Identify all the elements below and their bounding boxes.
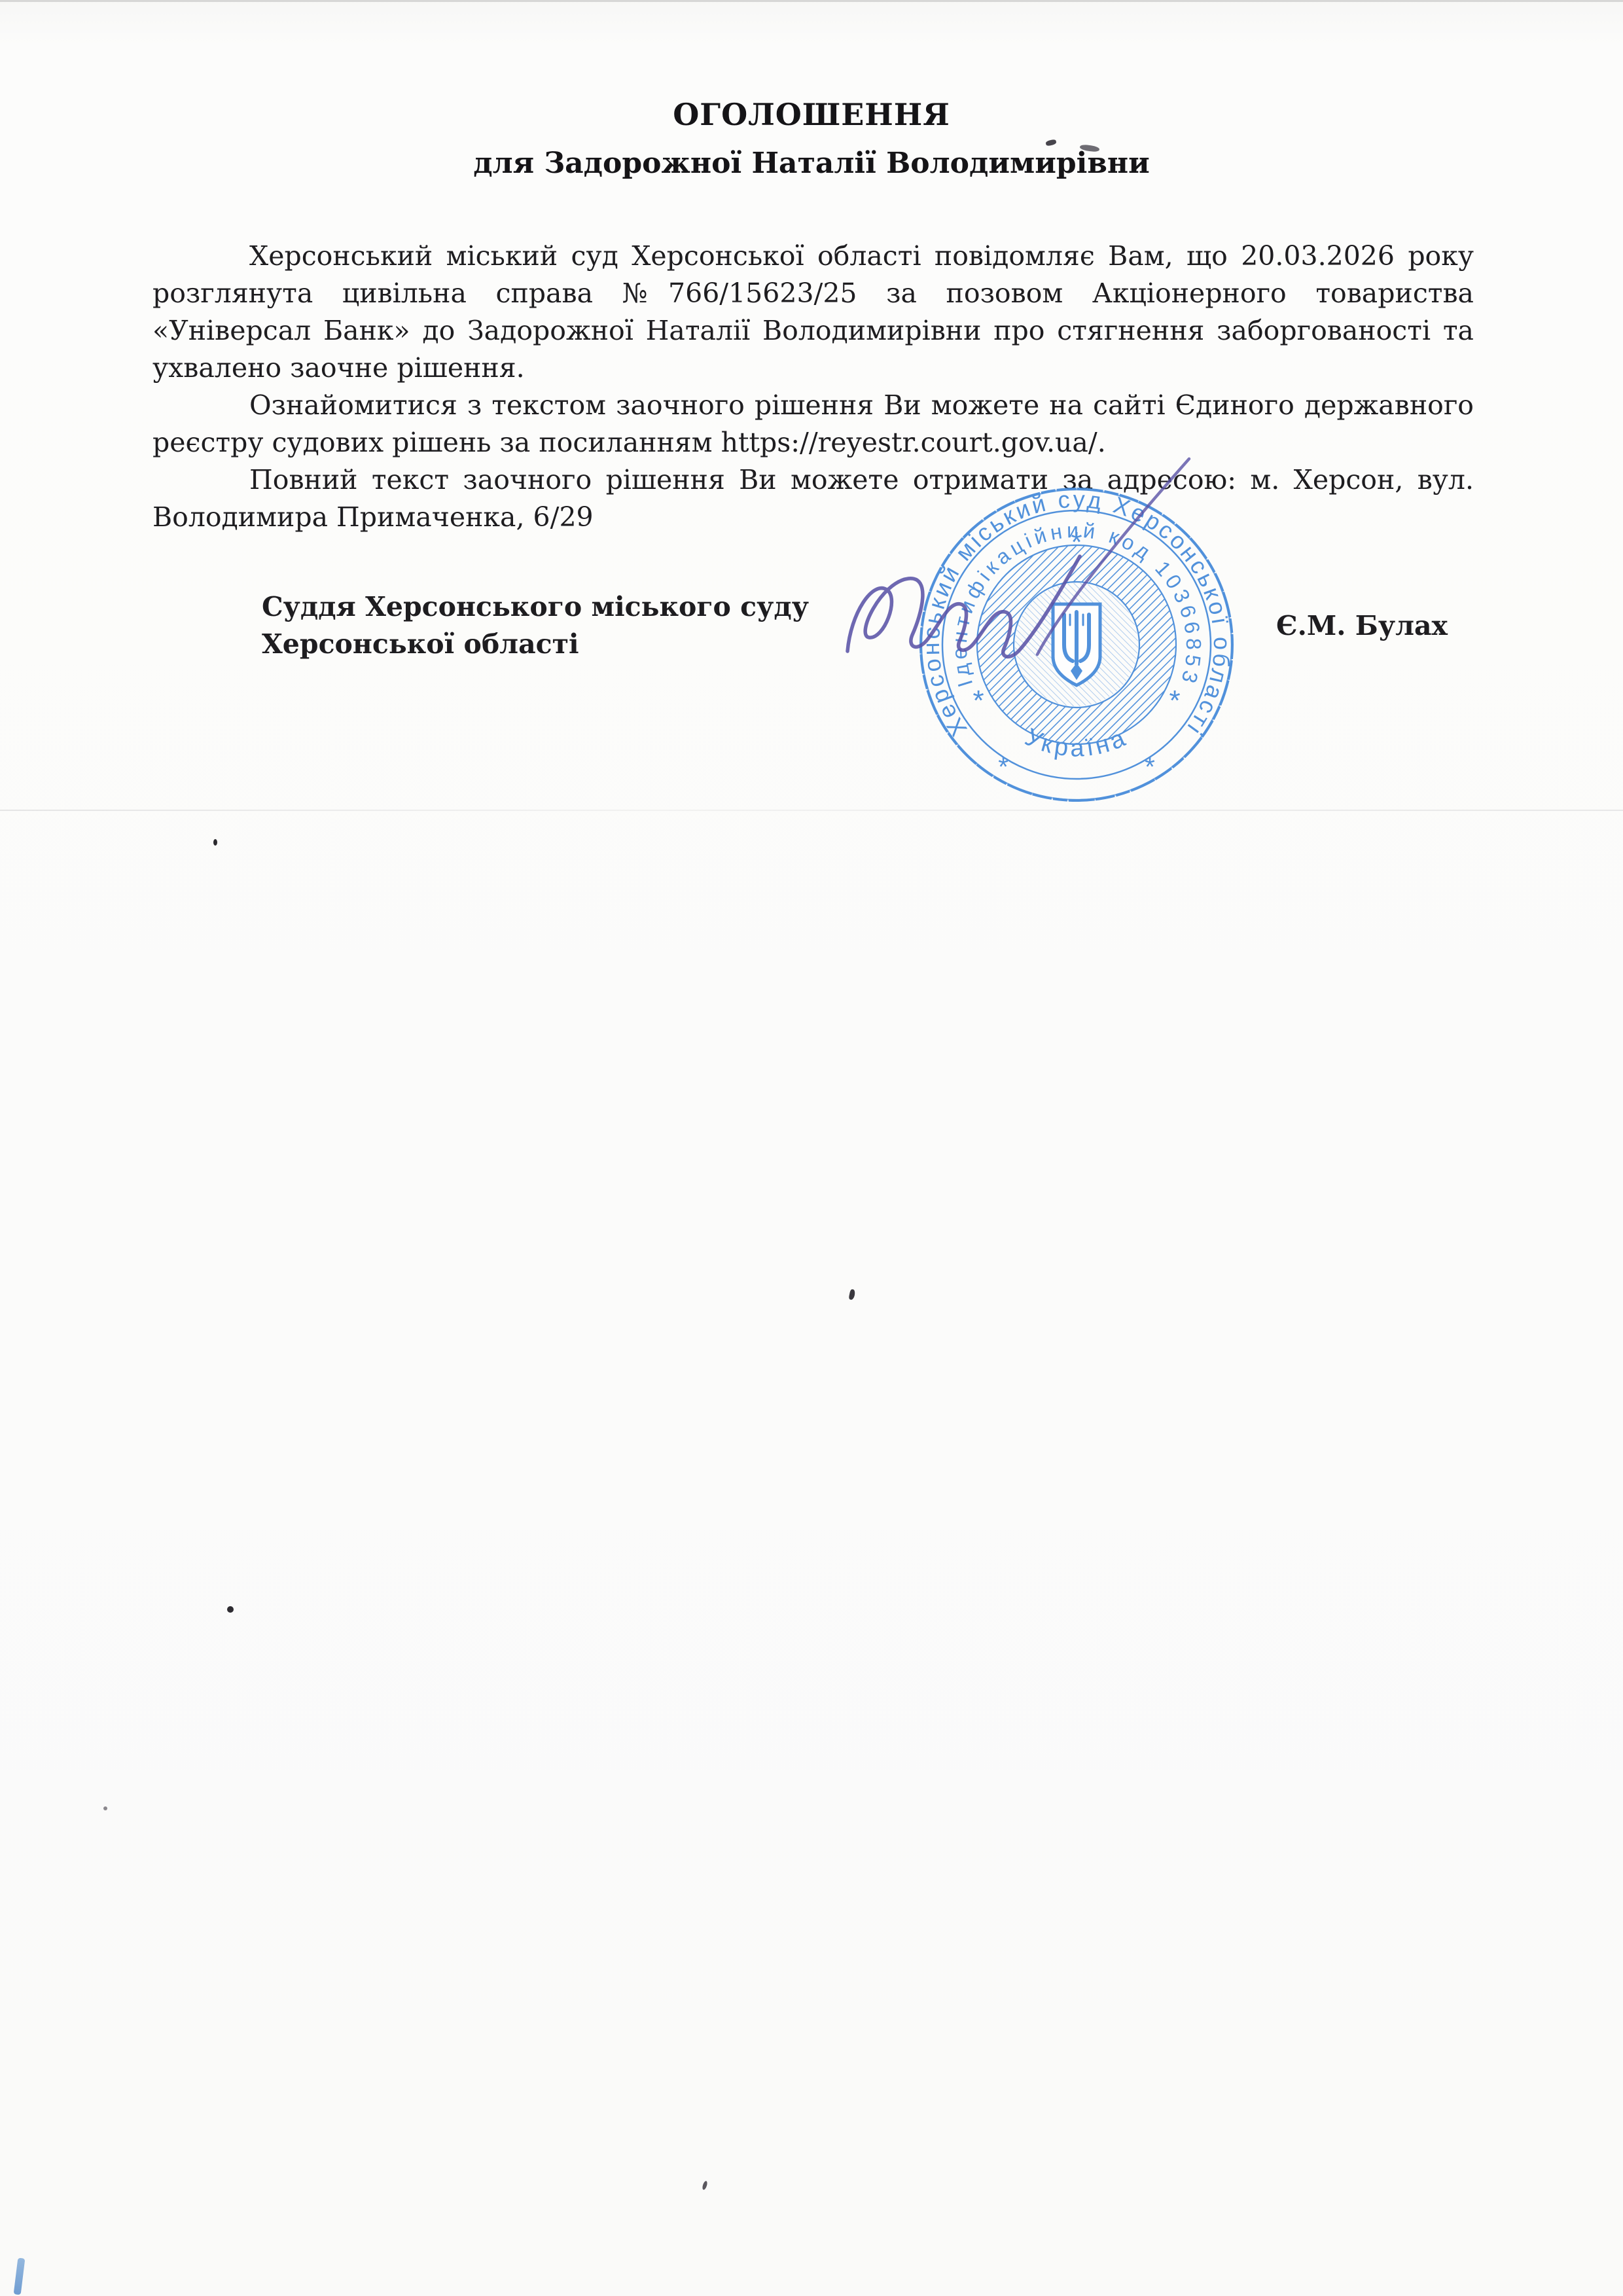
judge-role-line-2: Херсонської області — [262, 626, 809, 663]
stamp-star-bottom-left: * — [972, 685, 984, 717]
scan-speck — [702, 2180, 708, 2190]
scan-speck — [213, 839, 217, 846]
paragraph-case-notification: Херсонський міський суд Херсонської обла… — [152, 238, 1474, 387]
stamp-star-outer-left: * — [998, 753, 1008, 781]
stamp-star-bottom-right: * — [1169, 685, 1180, 717]
signature-block: Суддя Херсонського міського суду Херсонс… — [262, 588, 1448, 663]
scan-speck — [103, 1806, 107, 1810]
scan-speck — [848, 1289, 855, 1300]
judge-name: Є.М. Булах — [1276, 610, 1448, 641]
stamp-star-top: * — [1071, 526, 1082, 558]
judge-role-line-1: Суддя Херсонського міського суду — [262, 588, 809, 626]
document-subtitle: для Задорожної Наталії Володимирівни — [0, 147, 1623, 180]
ink-smudge — [14, 2258, 26, 2295]
scanned-court-document-page: ОГОЛОШЕННЯ для Задорожної Наталії Володи… — [0, 0, 1623, 2296]
document-title: ОГОЛОШЕННЯ — [0, 97, 1623, 132]
judge-role: Суддя Херсонського міського суду Херсонс… — [262, 588, 809, 663]
paper-crease-line — [0, 810, 1623, 811]
stamp-star-outer-right: * — [1145, 753, 1155, 781]
scan-speck — [227, 1606, 234, 1613]
document-header: ОГОЛОШЕННЯ для Задорожної Наталії Володи… — [0, 0, 1623, 180]
